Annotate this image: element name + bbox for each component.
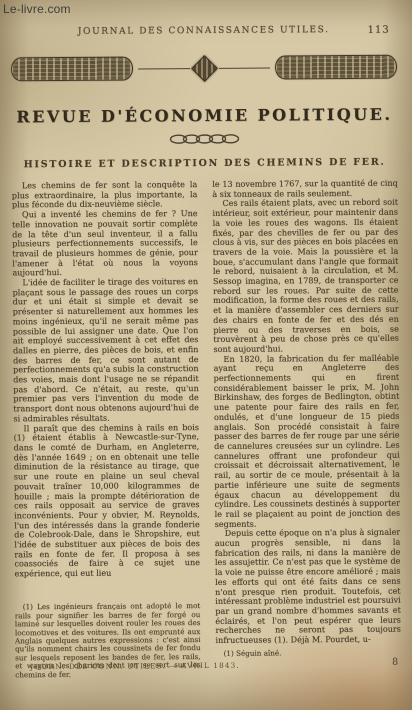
page-footer: JOURN. DES CONN. UTILES. — AVRIL 1843. 8: [2, 657, 412, 674]
left-floral-ornament: [11, 57, 133, 82]
paragraph: Ces rails étaient plats, avec un rebord …: [212, 198, 399, 355]
ornament-rule-right: [219, 67, 271, 68]
header-ornament-band: [11, 53, 397, 84]
paragraph: Qui a inventé les chemins de fer ? Une t…: [12, 209, 198, 278]
article-title: REVUE D'ÉCONOMIE POLITIQUE.: [0, 105, 410, 127]
page-number: 113: [368, 25, 390, 36]
paragraph: Les chemins de fer sont la conquête la p…: [12, 180, 198, 210]
running-title: JOURNAL DES CONNAISSANCES UTILES.: [78, 25, 330, 37]
right-column: le 13 novembre 1767, sur la quantité de …: [205, 179, 401, 678]
paragraph: L'idée de faciliter le tirage des voitur…: [12, 277, 199, 424]
left-column: Les chemins de fer sont la conquête la p…: [12, 180, 208, 679]
chain-ornament-icon: [169, 133, 239, 145]
paragraph: le 13 novembre 1767, sur la quantité de …: [212, 179, 398, 200]
text-columns: Les chemins de fer sont la conquête la p…: [12, 179, 401, 680]
watermark-text: Le-livre.com: [3, 2, 71, 16]
ornament-rule-left: [138, 68, 190, 69]
chain-ornament: [0, 132, 411, 147]
article-subtitle: HISTOIRE ET DESCRIPTION DES CHEMINS DE F…: [0, 157, 411, 171]
footer-imprint: JOURN. DES CONN. UTILES. — AVRIL 1843.: [30, 661, 240, 671]
diamond-ornament: [191, 55, 218, 82]
scanned-journal-page: Le-livre.com JOURNAL DES CONNAISSANCES U…: [0, 0, 412, 710]
right-floral-ornament: [275, 55, 397, 80]
paragraph: En 1820, la fabrication du fer malléable…: [214, 353, 401, 529]
paragraph: Depuis cette époque on n'a plus à signal…: [215, 528, 401, 646]
running-header: JOURNAL DES CONNAISSANCES UTILES. 113: [16, 25, 392, 38]
printed-area: JOURNAL DES CONNAISSANCES UTILES. 113 RE…: [0, 25, 412, 680]
signature-mark: 8: [392, 657, 398, 668]
paragraph: Il paraît que des chemins à rails en boi…: [13, 423, 200, 580]
